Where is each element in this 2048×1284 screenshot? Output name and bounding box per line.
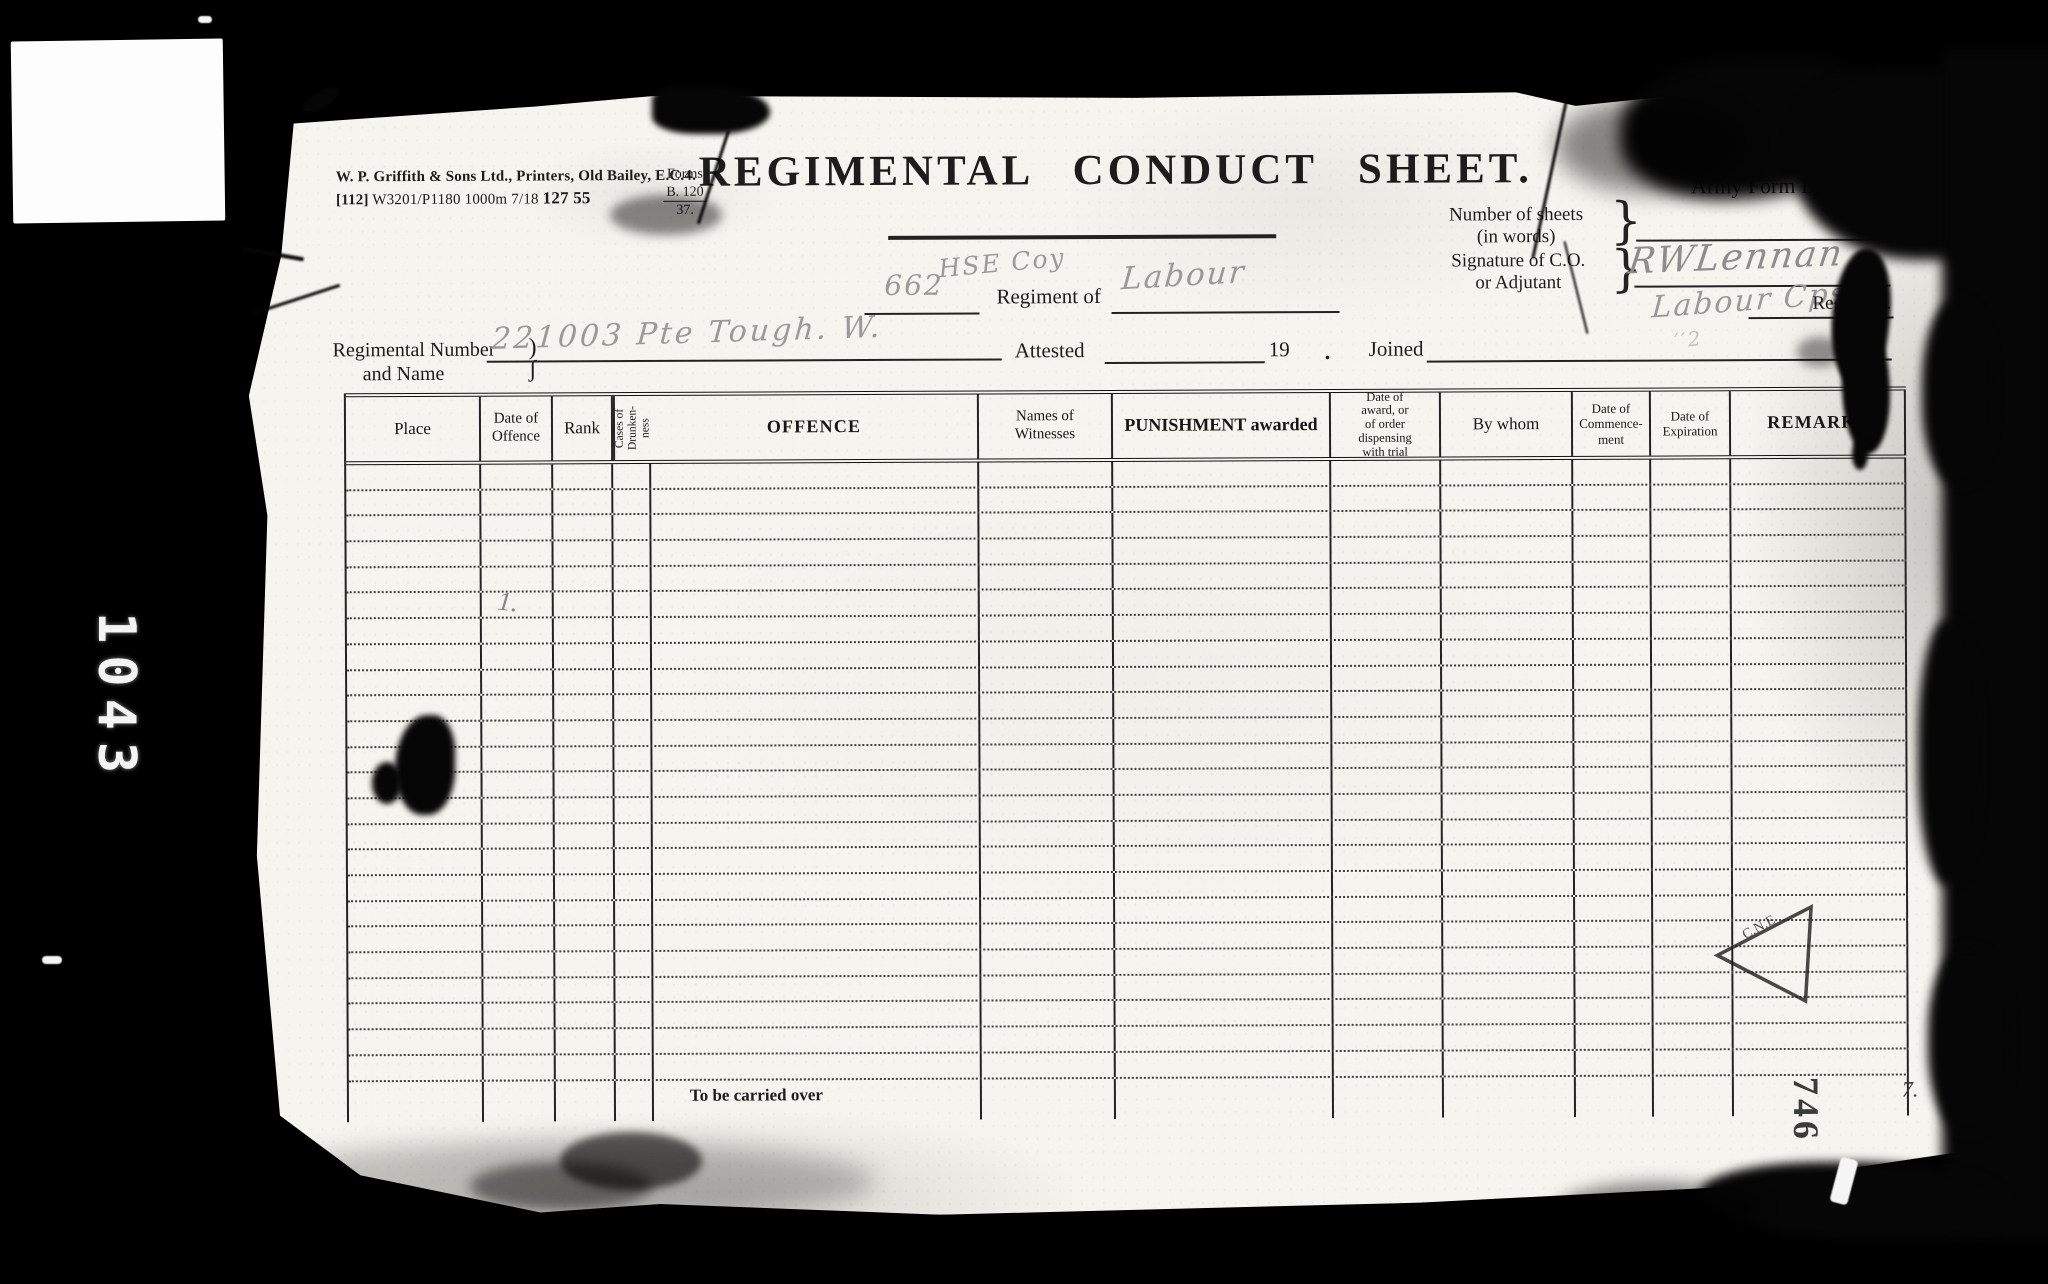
table-cell: [1442, 588, 1574, 612]
table-cell: [556, 1004, 616, 1028]
table-cell: [1114, 744, 1332, 769]
table-cell: [652, 565, 980, 590]
table-cell: [484, 1055, 556, 1079]
table-footer-cell: [1576, 1076, 1654, 1116]
table-cell: [615, 926, 653, 950]
table-header-cell: Cases of Drunken- ness: [613, 396, 651, 460]
table-cell: [554, 644, 614, 668]
table-cell: [651, 463, 979, 488]
attested-line: [1105, 361, 1265, 364]
table-cell: [614, 618, 652, 642]
table-cell: [1114, 615, 1332, 640]
table-cell: [1331, 512, 1441, 536]
name-line: [487, 358, 1002, 362]
table-cell: [653, 925, 981, 950]
printer-imprint-line2: [112] W3201/P1180 1000m 7/18 127 55: [336, 188, 591, 209]
table-footer-cell: [556, 1081, 616, 1121]
table-cell: [1443, 897, 1575, 921]
table-cell: [1114, 564, 1332, 589]
table-cell: [1116, 1026, 1334, 1051]
table-cell: [554, 567, 614, 591]
table-cell: [1651, 485, 1731, 509]
table-cell: [1574, 639, 1652, 663]
table-cell: [482, 670, 554, 694]
table-cell: [654, 1053, 982, 1078]
table-cell: [1331, 486, 1441, 510]
table-footer-cell: [1444, 1076, 1576, 1117]
regimental-name-label: and Name: [363, 363, 445, 386]
table-cell: [348, 876, 483, 900]
table-header-cell: Names of Witnesses: [979, 394, 1113, 459]
table-cell: [653, 899, 981, 924]
table-cell: [1332, 666, 1442, 690]
table-cell: [553, 464, 613, 488]
table-cell: [1333, 794, 1443, 818]
table-cell: [652, 745, 980, 770]
table-cell: [553, 490, 613, 514]
table-cell: [981, 924, 1115, 948]
table-cell: [1333, 872, 1443, 896]
table-cell: [981, 899, 1115, 923]
signature-label: Signature of C.O. or Adjutant: [1423, 250, 1613, 296]
table-cell: [1733, 844, 1908, 868]
table-footer-row: To be carried over: [349, 1075, 1909, 1122]
stain: [1556, 98, 1746, 193]
table-cell: [1573, 537, 1651, 561]
table-cell: [979, 462, 1113, 486]
triangle-stamp-text: C.N.E: [1740, 913, 1778, 943]
table-cell: [652, 591, 980, 616]
table-footer-cell: [484, 1081, 556, 1121]
table-cell: [615, 772, 653, 796]
table-cell: [653, 822, 981, 847]
table-header-cell: OFFENCE: [651, 395, 979, 460]
table-cell: [1332, 769, 1442, 793]
table-cell: [1334, 1051, 1444, 1075]
table-cell: [653, 848, 981, 873]
table-cell: [1652, 613, 1732, 637]
table-footer-cell: [982, 1078, 1116, 1119]
table-cell: [1575, 871, 1653, 895]
table-cell: [1443, 845, 1575, 869]
table-cell: [1575, 973, 1653, 997]
table-cell: [349, 1004, 484, 1028]
table-cell: [1332, 589, 1442, 613]
table-cell: [482, 747, 554, 771]
table-cell: [653, 771, 981, 796]
table-cell: [1733, 818, 1908, 842]
table-cell: [1333, 897, 1443, 921]
table-cell: [1573, 485, 1651, 509]
table-cell: [554, 695, 614, 719]
table-cell: [979, 513, 1113, 537]
film-leader-patch: [11, 39, 226, 224]
film-speck: [198, 16, 212, 23]
table-cell: [651, 488, 979, 513]
table-cell: [1443, 871, 1575, 895]
table-cell: [1333, 949, 1443, 973]
table-cell: [555, 798, 615, 822]
table-cell: [1332, 692, 1442, 716]
table-cell: [1442, 743, 1574, 767]
table-cell: [555, 824, 615, 848]
table-cell: [483, 978, 555, 1002]
table-cell: [555, 849, 615, 873]
table-cell: [482, 696, 554, 720]
table-cell: [1443, 922, 1575, 946]
table-cell: [614, 695, 652, 719]
table-cell: [349, 1030, 484, 1054]
table-cell: [1652, 639, 1732, 663]
table-cell: [1331, 538, 1441, 562]
table-footer-cell: To be carried over: [654, 1079, 982, 1120]
table-cell: [1574, 742, 1652, 766]
table-cell: [1575, 794, 1653, 818]
table-cell: [1574, 716, 1652, 740]
table-cell: [1332, 563, 1442, 587]
pencil-tick: 1.: [496, 586, 519, 619]
table-header-cell: PUNISHMENT awarded: [1113, 393, 1331, 458]
table-cell: [555, 875, 615, 899]
table-cell: [616, 1029, 654, 1053]
number-and-name-handwriting: 221003 Pte Tough. W.: [490, 310, 884, 357]
company-handwriting: HSE Coy: [937, 243, 1067, 284]
table-cell: [1444, 1025, 1576, 1049]
table-cell: [652, 642, 980, 667]
table-cell: [555, 952, 615, 976]
table-cell: [347, 593, 482, 617]
table-cell: [1732, 715, 1907, 739]
table-header-cell: Date of Expiration: [1651, 391, 1731, 455]
table-cell: [1731, 510, 1906, 534]
table-cell: [1113, 538, 1331, 563]
table-cell: [1442, 614, 1574, 638]
table-cell: [1733, 792, 1908, 816]
attested-year: 19: [1269, 337, 1290, 362]
table-cell: [1442, 768, 1574, 792]
paper-tear-left: [395, 715, 455, 815]
table-cell: [1732, 587, 1907, 611]
table-cell: [982, 1027, 1116, 1051]
table-cell: [979, 488, 1113, 512]
table-header-cell: Date of award, or of order dispensing wi…: [1331, 393, 1441, 457]
table-footer-cell: [349, 1081, 484, 1122]
table-cell: [615, 875, 653, 899]
table-cell: [1731, 484, 1906, 508]
table-cell: [614, 592, 652, 616]
table-cell: [1652, 665, 1732, 689]
table-cell: [1442, 717, 1574, 741]
table-cell: [483, 773, 555, 797]
table-cell: [981, 796, 1115, 820]
joined-label: Joined: [1369, 337, 1424, 362]
table-header-cell: Rank: [553, 396, 613, 460]
table-cell: [553, 541, 613, 565]
table-cell: [1654, 1050, 1734, 1074]
film-speck: [42, 956, 62, 964]
table-cell: [614, 721, 652, 745]
table-cell: [980, 642, 1114, 666]
table-cell: [348, 978, 483, 1002]
table-cell: [348, 824, 483, 848]
table-cell: [1115, 795, 1333, 820]
printer-imprint-line1: W. P. Griffith & Sons Ltd., Printers, Ol…: [336, 168, 696, 187]
table-cell: [555, 901, 615, 925]
microfilm-frame: { "film": { "frame_counter": "1043" }, "…: [0, 0, 2048, 1284]
table-cell: [615, 824, 653, 848]
table-cell: [652, 694, 980, 719]
table-cell: [980, 745, 1114, 769]
table-cell: [980, 719, 1114, 743]
table-cell: [613, 541, 651, 565]
ink-drip: [1852, 438, 1868, 470]
attested-label: Attested: [1015, 338, 1085, 363]
regiment-number-handwriting: 662: [884, 269, 944, 302]
table-cell: [1441, 511, 1573, 535]
table-cell: [982, 1053, 1116, 1077]
table-cell: [555, 978, 615, 1002]
table-cell: [653, 796, 981, 821]
table-cell: [652, 719, 980, 744]
table-cell: [1332, 615, 1442, 639]
table-cell: [483, 927, 555, 951]
co-signature-handwriting: RWLennan: [1626, 233, 1847, 283]
table-cell: [615, 952, 653, 976]
table-cell: [653, 874, 981, 899]
table-cell: [347, 696, 482, 720]
table-cell: [1732, 561, 1907, 585]
ink-mark: [299, 83, 343, 118]
table-cell: [554, 618, 614, 642]
table-cell: [616, 1003, 654, 1027]
table-cell: [482, 619, 554, 643]
table-cell: [1332, 717, 1442, 741]
table-cell: [1442, 640, 1574, 664]
table-cell: [1115, 898, 1333, 923]
title-underline: [888, 234, 1276, 240]
table-cell: [652, 617, 980, 642]
table-cell: [651, 540, 979, 565]
table-footer-cell: [1334, 1077, 1444, 1117]
table-cell: [1442, 665, 1574, 689]
table-cell: [1652, 588, 1732, 612]
table-cell: [980, 565, 1114, 589]
table-cell: [654, 1002, 982, 1027]
paper-tear-right: [1918, 620, 1980, 885]
table-cell: [1574, 614, 1652, 638]
table-cell: [1332, 743, 1442, 767]
table-cell: [483, 798, 555, 822]
censor-triangle-stamp: C.N.E: [1711, 899, 1821, 1007]
table-cell: [1575, 845, 1653, 869]
table-cell: [1732, 638, 1907, 662]
table-cell: [1652, 562, 1732, 586]
table-cell: [1575, 922, 1653, 946]
table-cell: [1651, 536, 1731, 560]
table-cell: [1115, 949, 1333, 974]
table-cell: [979, 539, 1113, 563]
table-cell: [1334, 1026, 1444, 1050]
table-cell: [1333, 923, 1443, 947]
table-cell: [483, 850, 555, 874]
table-cell: [556, 1029, 616, 1053]
table-cell: [348, 927, 483, 951]
table-cell: [614, 747, 652, 771]
table-cell: [1441, 460, 1573, 484]
table-cell: [1441, 486, 1573, 510]
table-cell: [1576, 1050, 1654, 1074]
printer-batch: 127 55: [543, 188, 591, 207]
printer-run: W3201/P1180 1000m 7/18: [369, 191, 543, 208]
printer-name: W. P. Griffith & Sons Ltd., Printers, Ol…: [336, 168, 696, 186]
table-cell: [481, 490, 553, 514]
table-footer-cell: [1116, 1078, 1334, 1119]
table-cell: [1113, 512, 1331, 537]
table-cell: [1576, 1025, 1654, 1049]
table-cell: [1444, 999, 1576, 1023]
table-cell: [1574, 588, 1652, 612]
table-cell: [616, 1055, 654, 1079]
table-cell: [554, 593, 614, 617]
table-cell: [347, 670, 482, 694]
paper-tear-left: [372, 762, 402, 804]
table-cell: [1734, 1049, 1909, 1073]
table-cell: [615, 798, 653, 822]
table-cell: [1332, 640, 1442, 664]
table-cell: [1733, 869, 1908, 893]
table-cell: [1114, 718, 1332, 743]
table-cell: [1574, 665, 1652, 689]
table-cell: [981, 976, 1115, 1000]
regiment-line: [1111, 311, 1339, 314]
table-cell: [1652, 768, 1732, 792]
page-title: REGIMENTAL CONDUCT SHEET.: [666, 144, 1566, 197]
table-cell: [652, 668, 980, 693]
handwritten-page-mark: 7.: [1902, 1076, 1919, 1102]
table-cell: [613, 464, 651, 488]
table-cell: [653, 951, 981, 976]
table-cell: [1114, 769, 1332, 794]
table-cell: [1574, 691, 1652, 715]
table-cell: [1116, 1000, 1334, 1025]
table-cell: [1443, 948, 1575, 972]
table-cell: [1442, 563, 1574, 587]
table-cell: [1333, 820, 1443, 844]
table-cell: [1113, 487, 1331, 512]
paper-tear-right: [1922, 300, 1994, 485]
table-cell: [1732, 767, 1907, 791]
table-cell: [554, 721, 614, 745]
table-cell: [1575, 819, 1653, 843]
table-cell: [348, 953, 483, 977]
table-cell: [615, 978, 653, 1002]
table-cell: [980, 616, 1114, 640]
table-cell: [1333, 846, 1443, 870]
page-number-stamp: 746: [1785, 1077, 1827, 1143]
table-cell: [555, 927, 615, 951]
table-cell: [482, 721, 554, 745]
table-cell: [1113, 461, 1331, 486]
table-cell: [1575, 896, 1653, 920]
table-cell: [556, 1055, 616, 1079]
table-cell: [347, 567, 482, 591]
table-cell: [614, 567, 652, 591]
table-cell: [554, 670, 614, 694]
regimental-number-label: Regimental Number: [333, 339, 496, 363]
table-footer-cell: [1654, 1076, 1734, 1116]
conduct-table: PlaceDate of OffenceRankCases of Drunken…: [344, 386, 1909, 1121]
table-cell: [346, 516, 481, 540]
table-cell: [348, 850, 483, 874]
table-cell: [348, 901, 483, 925]
table-cell: [1653, 870, 1733, 894]
table-cell: [1443, 974, 1575, 998]
table-cell: [347, 619, 482, 643]
table-cell: [349, 1056, 484, 1080]
table-cell: [651, 514, 979, 539]
paper-tear-bottom: [560, 1132, 702, 1190]
table-cell: [1732, 613, 1907, 637]
table-cell: [481, 516, 553, 540]
number-of-sheets-label: Number of sheets (in words): [1421, 204, 1611, 250]
table-cell: [982, 1001, 1116, 1025]
table-cell: [1573, 511, 1651, 535]
table-cell: [483, 824, 555, 848]
table-footer-cell: [616, 1080, 654, 1120]
table-cell: [1333, 974, 1443, 998]
table-cell: [614, 644, 652, 668]
table-cell: [1444, 1051, 1576, 1075]
table-cell: [1334, 1000, 1444, 1024]
table-cell: [1443, 794, 1575, 818]
printer-code: [112]: [336, 192, 369, 208]
table-cell: [1575, 948, 1653, 972]
table-cell: [484, 1030, 556, 1054]
table-cell: [1576, 999, 1654, 1023]
table-cell: [1652, 716, 1732, 740]
table-cell: [613, 515, 651, 539]
table-cell: [1331, 461, 1441, 485]
regiment-value-handwriting: Labour: [1120, 254, 1247, 297]
table-cell: [1114, 667, 1332, 692]
table-cell: [1731, 458, 1906, 482]
table-cell: [1115, 821, 1333, 846]
carried-over-note: To be carried over: [654, 1079, 980, 1105]
table-cell: [1115, 923, 1333, 948]
table-cell: [980, 590, 1114, 614]
table-cell: [1653, 819, 1733, 843]
attested-dot: .: [1325, 339, 1331, 365]
table-body: [346, 458, 1909, 1081]
table-cell: [553, 516, 613, 540]
table-cell: [346, 542, 481, 566]
table-cell: [1653, 845, 1733, 869]
table-cell: [980, 667, 1114, 691]
smudge: [1558, 1182, 1763, 1234]
table-cell: [653, 976, 981, 1001]
table-cell: [1574, 768, 1652, 792]
table-cell: [1441, 537, 1573, 561]
table-header-cell: Date of Offence: [481, 396, 553, 460]
table-cell: [1573, 460, 1651, 484]
table-cell: [613, 490, 651, 514]
paper-tear-top: [652, 86, 770, 134]
table-header-cell: Date of Commence- ment: [1573, 392, 1651, 456]
table-cell: [1114, 641, 1332, 666]
table-header-cell: Place: [346, 397, 481, 462]
table-cell: [1652, 690, 1732, 714]
faint-pencil-marks: ′′2: [1673, 326, 1703, 353]
